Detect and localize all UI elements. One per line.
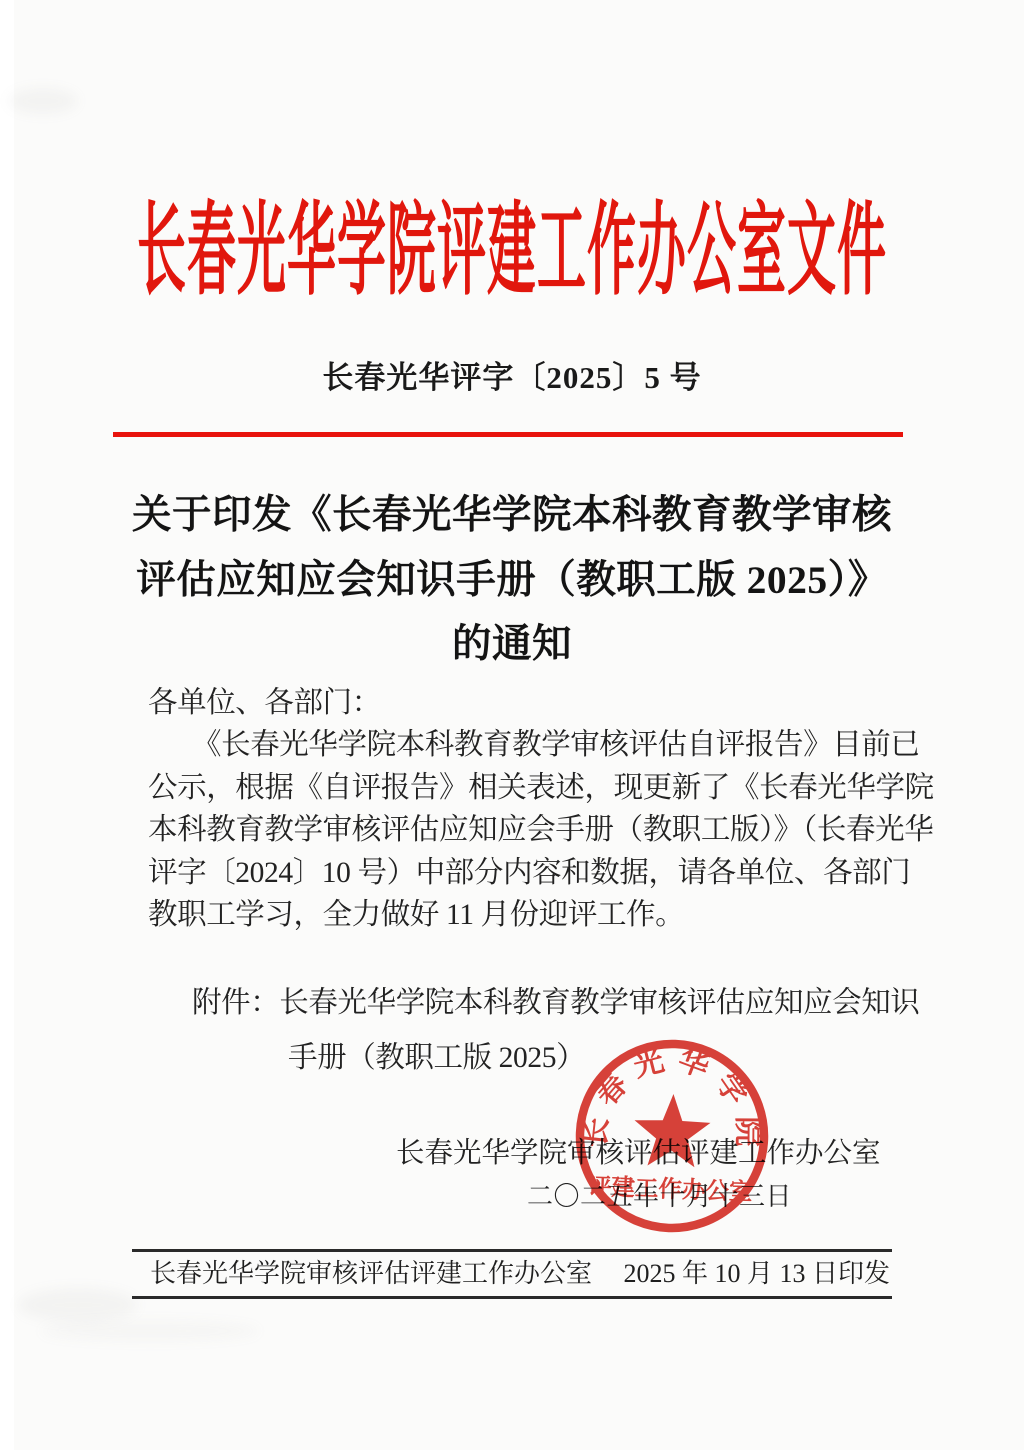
body-text-line: 《长春光华学院本科教育教学审核评估自评报告》目前已 [148,726,918,764]
footer-top-rule [132,1249,892,1252]
notice-title-line3: 的通知 [0,621,1024,667]
scan-smudge [40,1320,260,1342]
red-letterhead-title: 长春光华学院评建工作办公室文件 [0,196,1024,250]
scanned-official-document: 长春光华学院评建工作办公室文件 长春光华评字〔2025〕5 号 关于印发《长春光… [0,0,1024,1450]
footer-issuing-office: 长春光华学院审核评估评建工作办公室 [150,1257,592,1291]
document-number: 长春光华评字〔2025〕5 号 [0,360,1024,396]
body-text-line: 公示，根据《自评报告》相关表述，现更新了《长春光华学院 [148,769,918,807]
official-red-seal: 长春光华学院 评建工作办公室 [569,1033,776,1240]
body-text-line: 本科教育教学审核评估应知应会手册（教职工版）》（长春光华 [148,811,918,849]
seal-star-icon [633,1093,711,1168]
notice-title-line1: 关于印发《长春光华学院本科教育教学审核 [0,492,1024,538]
notice-title-line2: 评估应知应会知识手册（教职工版 2025）》 [0,557,1024,603]
seal-bottom-text: 评建工作办公室 [587,1172,752,1206]
letterhead-text: 长春光华学院评建工作办公室文件 [137,196,887,308]
salutation: 各单位、各部门： [148,684,918,722]
footer-bottom-rule [132,1296,892,1299]
scan-smudge [18,1288,138,1322]
attachment-line1: 附件：长春光华学院本科教育教学审核评估应知应会知识 [148,984,918,1022]
body-text-line: 教职工学习，全力做好 11 月份迎评工作。 [148,896,918,934]
red-divider-line [113,432,903,437]
body-text-line: 评字〔2024〕10 号）中部分内容和数据，请各单位、各部门 [148,854,918,892]
footer-print-date: 2025 年 10 月 13 日印发 [623,1257,890,1291]
scan-smudge [8,88,78,114]
